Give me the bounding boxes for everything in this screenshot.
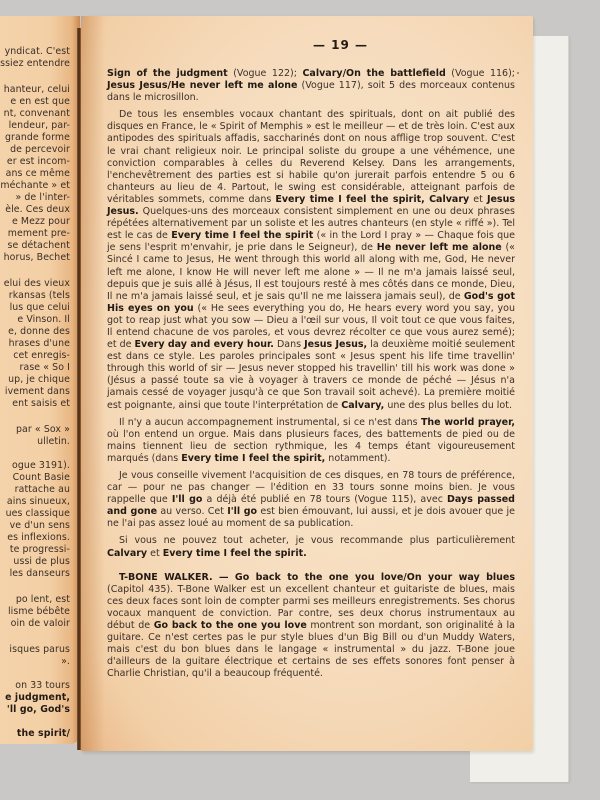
left-page-line: e en est que	[10, 96, 70, 107]
left-page-line: ve d'un sens	[10, 520, 70, 531]
left-page-line: lendeur, par-	[9, 120, 70, 131]
left-page-line: ».	[61, 656, 70, 667]
left-page-line: ent saisis et	[12, 398, 70, 409]
text-run: et	[147, 548, 163, 559]
left-page-line: es inflexions.	[7, 532, 70, 543]
text-run: Si vous ne pouvez tout acheter, je vous …	[119, 535, 515, 546]
section-gap	[107, 565, 515, 572]
bold-title: Sign of the judgment	[107, 68, 228, 79]
left-page-line: e judgment,	[5, 692, 70, 703]
left-page: yndicat. C'estssiez entendrehanteur, cel…	[0, 16, 80, 744]
page-number: — 19 —	[313, 38, 368, 52]
left-page-line: up, je chique	[8, 374, 70, 385]
left-page-line: e, donne des	[8, 326, 70, 337]
left-page-line: ues classique	[6, 508, 70, 519]
bold-title: T-BONE WALKER. — Go back to the one you …	[119, 572, 515, 583]
left-page-line: méchante » et	[0, 180, 70, 191]
text-run: notamment).	[325, 453, 390, 464]
text-run: (Vogue 116);	[446, 68, 515, 79]
paragraph: Je vous conseille vivement l'acquisition…	[107, 470, 515, 530]
left-page-line: ulletin.	[37, 436, 70, 447]
text-run: Il n'y a aucun accompagnement instrument…	[119, 417, 421, 428]
left-page-line: grande forme	[5, 132, 70, 143]
left-page-line: ogue 3191).	[12, 460, 70, 471]
right-page: — 19 — Sign of the judgment (Vogue 122);…	[81, 16, 533, 751]
left-page-line: te progressi-	[10, 544, 70, 555]
left-page-line: ussi de plus	[13, 556, 70, 567]
bold-title: Jesus Jesus/He never left me alone	[107, 80, 297, 91]
bold-title: I'll go	[172, 494, 203, 505]
bold-title: Every time I feel the spirit,	[181, 453, 325, 464]
bold-title: Calvary	[107, 548, 147, 559]
left-page-line: cet enregis-	[13, 350, 70, 361]
left-page-line: rattache au	[15, 484, 70, 495]
left-page-line: er est incom-	[7, 156, 70, 167]
bold-title: I'll go	[227, 506, 257, 517]
left-page-line: Count Basie	[13, 472, 70, 483]
left-page-line: de percevoir	[10, 144, 70, 155]
left-page-line: par « Sox »	[16, 424, 70, 435]
text-run: (Vogue 122);	[228, 68, 303, 79]
left-page-line: 'll go, God's	[7, 704, 70, 715]
left-page-line: on 33 tours	[15, 680, 70, 691]
paragraph: Il n'y a aucun accompagnement instrument…	[107, 417, 515, 465]
left-page-line: the spirit/	[17, 728, 70, 739]
left-page-line: ains sinueux,	[7, 496, 70, 507]
left-page-line: mement pre-	[8, 228, 70, 239]
bold-title: Calvary,	[341, 400, 384, 411]
text-run: une des plus belles du lot.	[384, 400, 512, 411]
bold-title: Every time I feel the spirit	[171, 230, 313, 241]
text-run: De tous les ensembles vocaux chantant de…	[107, 109, 515, 205]
paragraph: T-BONE WALKER. — Go back to the one you …	[107, 572, 515, 681]
left-page-line: hanteur, celui	[4, 84, 70, 95]
paragraph: De tous les ensembles vocaux chantant de…	[107, 109, 515, 411]
text-run: au verso. Cet	[157, 506, 227, 517]
bold-title: Go back to the one you love	[154, 620, 307, 631]
left-page-line: lus que celui	[10, 302, 70, 313]
bold-title: Jesus Jesus,	[304, 339, 367, 350]
article-body: Sign of the judgment (Vogue 122); Calvar…	[107, 68, 515, 686]
left-page-line: e Mezz pour	[12, 216, 70, 227]
paragraph: Si vous ne pouvez tout acheter, je vous …	[107, 535, 515, 559]
text-run: Dans	[274, 339, 304, 350]
left-page-line: elui des vieux	[4, 278, 70, 289]
left-page-line: èle. Ces deux	[5, 204, 70, 215]
left-page-line: rase « So I	[20, 362, 70, 373]
bold-title: Every time I feel the spirit.	[163, 548, 307, 559]
left-page-line: e Vinson. Il	[17, 314, 70, 325]
left-page-line: » de l'inter-	[15, 192, 70, 203]
left-page-line: horus, Bechet	[4, 252, 70, 263]
text-run: et	[469, 194, 487, 205]
left-page-line: ivement dans	[5, 386, 70, 397]
left-page-line: lisme bébête	[8, 606, 70, 617]
bold-title: The world prayer,	[421, 417, 515, 428]
left-page-line: les danseurs	[10, 568, 70, 579]
paper-speck	[497, 406, 499, 408]
paragraph: Sign of the judgment (Vogue 122); Calvar…	[107, 68, 515, 104]
bold-title: Calvary/On the battlefield	[302, 68, 445, 79]
left-page-line: rkansas (tels	[9, 290, 70, 301]
left-page-line: oin de valoir	[11, 618, 70, 629]
left-page-text-fragments: yndicat. C'estssiez entendrehanteur, cel…	[0, 16, 80, 744]
text-run: a déjà été publié en 78 tours (Vogue 115…	[202, 494, 447, 505]
left-page-line: isques parus	[9, 644, 70, 655]
bold-title: Every day and every hour.	[135, 339, 274, 350]
left-page-line: se détachent	[8, 240, 70, 251]
left-page-line: ssiez entendre	[0, 58, 70, 69]
left-page-line: hrases d'une	[9, 338, 70, 349]
paper-speck	[517, 72, 519, 74]
left-page-line: yndicat. C'est	[5, 46, 70, 57]
left-page-line: po lent, est	[16, 594, 70, 605]
left-page-line: ans ce même	[6, 168, 70, 179]
left-page-line: nt, convenant	[4, 108, 70, 119]
bold-title: He never left me alone	[377, 242, 502, 253]
bold-title: Every time I feel the spirit, Calvary	[275, 194, 469, 205]
